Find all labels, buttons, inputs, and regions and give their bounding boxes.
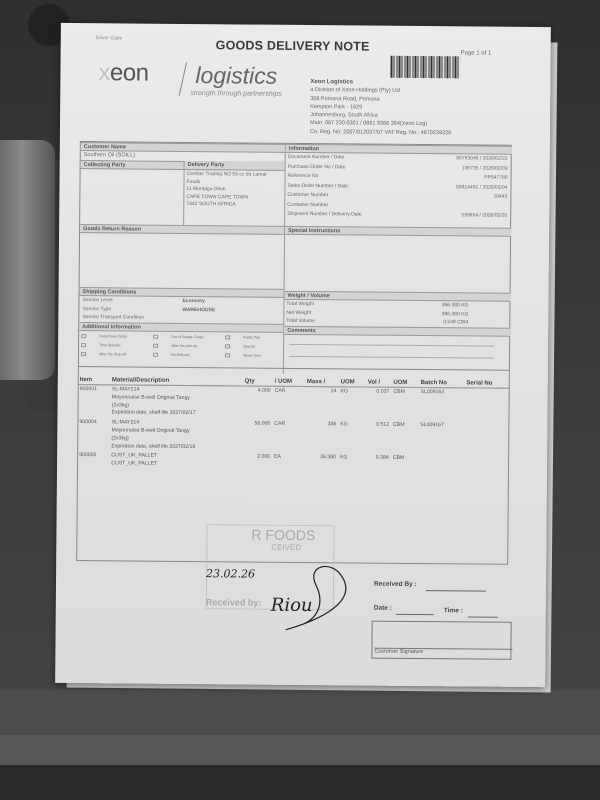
info-key: Customer Number <box>287 192 328 198</box>
table-cell: CAR <box>272 420 305 453</box>
info-value: 10443 <box>493 194 507 202</box>
checkbox-label: Hazardous Cargo <box>99 333 127 341</box>
logo-x: x <box>98 59 110 86</box>
additional-options: Hazardous CargoOut of Gauge CargoPublic … <box>79 333 283 335</box>
company-address-line: Johannesburg, South Africa <box>310 112 378 119</box>
checkbox[interactable] <box>81 343 86 347</box>
date-line[interactable] <box>396 614 434 615</box>
table-cell: 36.380 <box>304 453 338 471</box>
additional-information-label: Additional Information <box>79 322 283 333</box>
column-header: Mass / <box>305 378 339 387</box>
info-row: Sales Order Number / Date50614491 / 2026… <box>287 182 509 191</box>
checkbox[interactable] <box>153 335 158 339</box>
table-cell: KG <box>338 454 365 472</box>
company-address-line: a Division of Xeon Holdings (Pty) Ltd <box>310 87 400 94</box>
table-cell: KG <box>338 420 365 453</box>
checkbox-label: Special <box>243 343 255 351</box>
table-cell: 4.000 <box>242 386 272 420</box>
checkbox[interactable] <box>153 353 158 357</box>
checkbox[interactable] <box>81 352 86 356</box>
delivery-party-address: Cerrilier Trading NO 55 cc t/a LumarFood… <box>186 171 267 209</box>
table-cell: SL-MAY214Mayonnaise B-well Original Tang… <box>109 419 242 453</box>
checkbox-label: Time Specific <box>99 342 121 350</box>
table-cell: 24 <box>305 387 339 421</box>
info-key: Container Number <box>287 201 328 207</box>
checkbox[interactable] <box>225 353 230 357</box>
column-header: Serial No <box>464 379 509 388</box>
received-by-line[interactable] <box>426 590 486 592</box>
column-header: / UOM <box>273 378 305 387</box>
checkbox[interactable] <box>225 335 230 339</box>
info-value: 396.380 KG <box>442 302 469 310</box>
company-address-line: Co. Reg. No: 2007/012037/07 VAT Reg. No.… <box>310 129 451 136</box>
time-line[interactable] <box>468 616 498 617</box>
checkbox[interactable] <box>81 334 86 338</box>
delivery-address-line: Cerrilier Trading NO 55 cc t/a Lumar <box>187 171 267 179</box>
table-cell: 900001 <box>77 385 109 419</box>
table-cell: 900005 <box>77 451 109 469</box>
checkbox-label: Sleep Over <box>243 352 261 360</box>
delivery-address-line: 7442 SOUTH AFRICA <box>186 201 266 209</box>
table-cell: 0.037 <box>365 387 391 421</box>
table-cell: 0.384 <box>365 454 391 472</box>
description-line: Expiration date, shelf life 2027/02/17 <box>112 410 241 419</box>
shipping-value: Economy <box>182 298 205 306</box>
table-cell: 56.000 <box>242 420 272 453</box>
table-cell: SL009163 <box>418 388 464 422</box>
table-cell: SL-MAY214Mayonnaise B-well Original Tang… <box>110 385 243 420</box>
signature-stroke <box>246 555 387 636</box>
info-key: Reference No <box>288 173 319 179</box>
divider <box>183 161 185 226</box>
comments-label: Comments <box>284 326 510 337</box>
info-row: Shipment Number / Delivery Date530654 / … <box>287 211 509 220</box>
stamp-foods-text: R FOODS <box>251 527 315 544</box>
info-value: 396.380 KG <box>442 311 469 319</box>
info-key: Shipment Number / Delivery Date <box>287 211 362 218</box>
column-header: Batch No <box>419 379 465 388</box>
delivery-party-label: Delivery Party <box>185 161 285 171</box>
form-frame: Customer Name Southern Oil (SOILL) Colle… <box>76 141 512 565</box>
company-address-line: 308 Pomona Road, Pomona <box>310 96 379 103</box>
date-label: Date : <box>374 605 392 612</box>
info-value: 50614491 / 2026/02/04 <box>456 184 508 192</box>
info-row: Document Number / Date80763046 / 2026/02… <box>288 154 510 163</box>
company-name: Xeon Logistics <box>310 79 353 85</box>
table-cell: CBM <box>391 421 418 454</box>
description-line: CUST_UK_PALLET <box>111 461 240 470</box>
table-cell: EA <box>272 453 304 471</box>
goods-return-reason-label: Goods Return Reason <box>80 224 284 235</box>
column-header: UOM <box>391 379 418 388</box>
table-cell: 900004 <box>77 418 109 451</box>
checkbox[interactable] <box>153 344 158 348</box>
items-table: ItemMaterial/DescriptionQty/ UOMMass /UO… <box>77 376 510 473</box>
copy-label: Driver Copy <box>96 35 122 41</box>
barcode <box>390 56 460 79</box>
info-value: PP547780 <box>484 175 507 183</box>
shipping-key: Service Level <box>82 297 112 303</box>
logo-logistics: logistics <box>195 62 277 90</box>
info-key: Total Volume <box>286 318 315 324</box>
table-cell: 336 <box>304 420 338 453</box>
description-line: Expiration date, shelf life 2027/02/18 <box>111 443 240 452</box>
logo: xeon <box>98 59 148 87</box>
document-title: GOODS DELIVERY NOTE <box>216 38 370 53</box>
shipping-conditions-label: Shipping Conditions <box>80 287 284 298</box>
info-value: 80763046 / 2026/02/22 <box>456 155 508 163</box>
info-value: 530654 / 2026/02/20 <box>461 212 507 220</box>
description-line: Mayonnaise B-well Original Tangy <box>112 394 241 403</box>
table-cell: CBM <box>391 454 418 472</box>
table-cell <box>464 455 510 473</box>
checkbox-label: Re-Delivery <box>171 352 190 360</box>
customer-signature-label: Customer Signature <box>374 648 512 656</box>
column-header: Qty <box>243 377 273 386</box>
table-cell: 2.000 <box>242 453 272 471</box>
table-cell: KG <box>338 387 365 421</box>
checkbox-label: Out of Gauge Cargo <box>171 334 203 342</box>
info-key: Sales Order Number / Date <box>287 182 348 189</box>
table-cell <box>464 388 510 422</box>
info-key: Purchase Order No / Date <box>288 163 346 170</box>
table-cell: CUST_UK_PALLETCUST_UK_PALLET <box>109 452 242 471</box>
table-row: 900001SL-MAY214Mayonnaise B-well Origina… <box>77 385 509 422</box>
logo-eon: eon <box>110 59 149 86</box>
floor <box>0 765 600 800</box>
table-cell: SL009167 <box>418 421 464 455</box>
column-header: UOM <box>339 378 366 387</box>
surface-ledge <box>0 690 600 740</box>
shipping-key: Service Transport Condition <box>82 314 144 321</box>
checkbox-label: After hrs pick-up <box>171 343 197 351</box>
info-key: Total Weight <box>286 301 313 307</box>
table-cell <box>418 454 464 472</box>
shipping-value: WAREHOUSE <box>182 306 215 314</box>
delivery-note-page: Driver Copy GOODS DELIVERY NOTE Page 1 o… <box>55 23 551 687</box>
shipping-key: Service Type <box>82 306 111 312</box>
info-key: Net Weight <box>286 309 311 315</box>
info-value: 0.548 CBM <box>443 319 468 327</box>
company-address-line: Kempton Park - 1629 <box>310 104 362 110</box>
logo-tagline: strength through partnerships <box>190 90 282 98</box>
stamp-received-text: CEIVED <box>271 543 301 552</box>
checkbox-label: Public Trip <box>243 334 260 342</box>
customer-name-label: Customer Name <box>81 142 285 153</box>
logo-divider <box>179 62 187 95</box>
special-instructions-label: Special Instructions <box>285 226 511 237</box>
description-line: Mayonnaise B-well Original Tangy <box>111 427 240 436</box>
info-key: Document Number / Date <box>288 154 345 160</box>
customer-name-value: Southern Oil (SOILL) <box>84 152 135 160</box>
table-cell: CAR <box>272 386 305 420</box>
info-row: Reference NoPP547780 <box>288 173 510 182</box>
table-row: 900005CUST_UK_PALLETCUST_UK_PALLET2.000E… <box>77 451 509 472</box>
page-number: Page 1 of 1 <box>461 50 492 56</box>
info-row: Container Number <box>287 201 509 210</box>
received-by-label: Received By : <box>374 581 417 588</box>
column-header: Item <box>78 376 110 385</box>
divider <box>79 366 510 371</box>
checkbox[interactable] <box>225 344 230 348</box>
background-object-edge <box>0 140 55 380</box>
surface-edge <box>0 735 600 765</box>
table-row: 900004SL-MAY214Mayonnaise B-well Origina… <box>77 418 509 455</box>
time-label: Time : <box>444 607 463 614</box>
column-divider <box>283 144 286 374</box>
table-cell: 0.512 <box>365 421 391 454</box>
column-header: Vol / <box>366 379 392 388</box>
checkbox-label: After hrs drop-off <box>99 351 126 359</box>
info-row: Purchase Order No / Date136735 / 2026/02… <box>288 163 510 172</box>
company-address: Xeon Logisticsa Division of Xeon Holding… <box>310 78 452 137</box>
comment-line <box>289 356 494 359</box>
info-value: 136735 / 2026/02/09 <box>462 165 508 173</box>
table-cell <box>464 422 510 456</box>
company-address-line: Main: 087 230 0301 / 0861 9366 364(Xeon … <box>310 121 427 128</box>
table-cell: CBM <box>391 387 418 421</box>
comment-line <box>289 344 494 347</box>
info-row: Customer Number10443 <box>287 192 509 201</box>
